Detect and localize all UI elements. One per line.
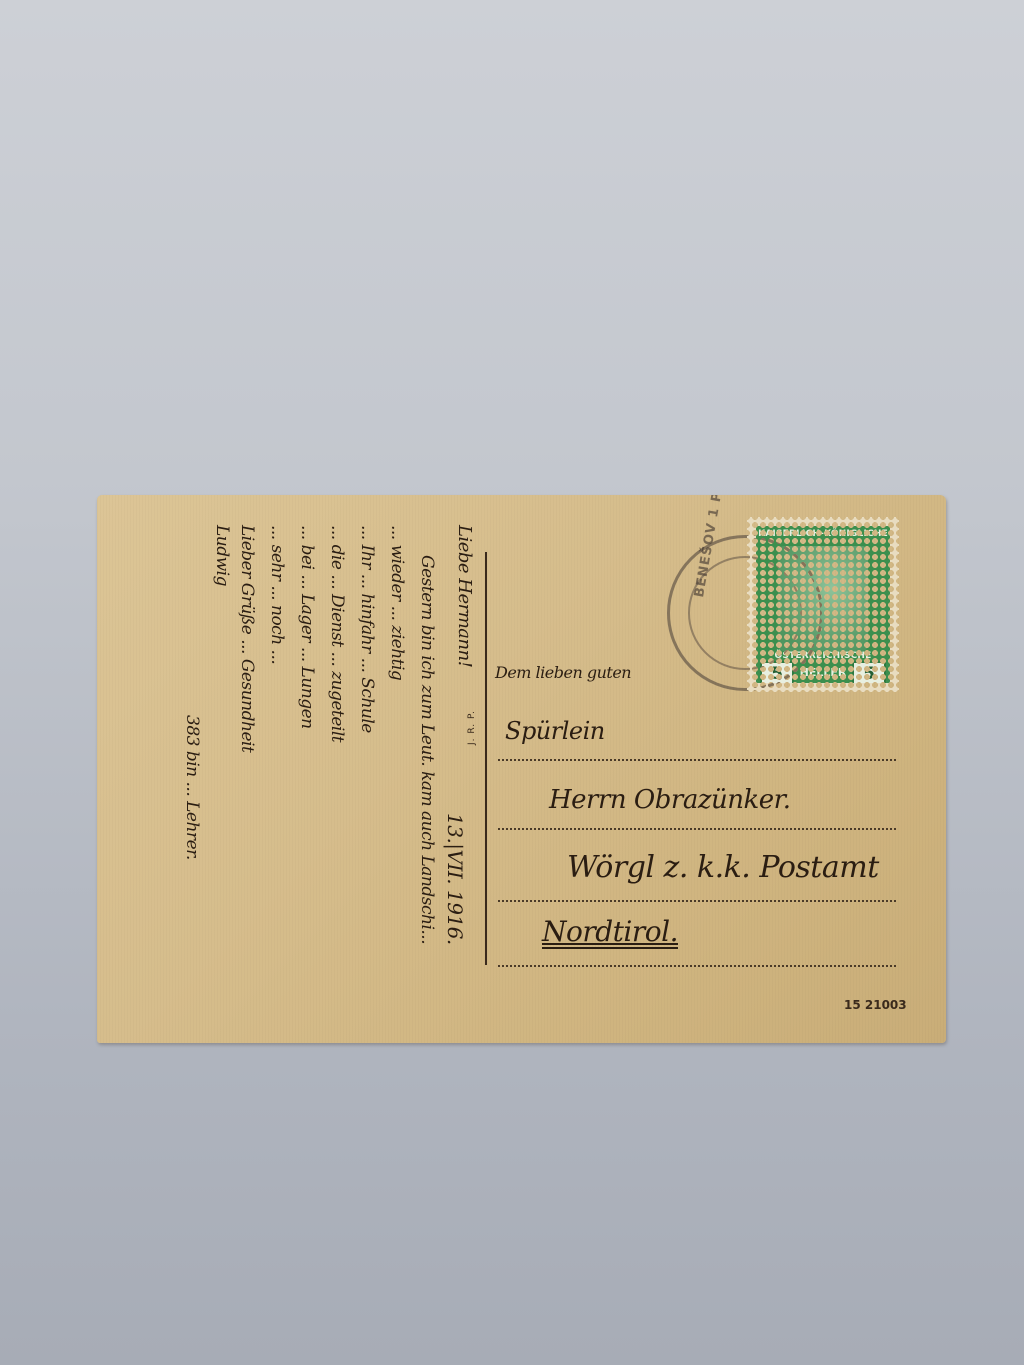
address-line-1: Spürlein [505,717,605,745]
message-line: ... die ... Dienst ... zugeteilt [327,525,347,742]
stamp-value-right: 5 [852,661,886,683]
address-dotted-line [498,965,896,967]
message-line: Ludwig [212,525,232,586]
emperor-portrait-icon [778,546,868,651]
postage-stamp: KAISERLICH-KÖNIGLICHE K.K.Ö. POST ÖSTERR… [747,517,899,692]
stamp-design: KAISERLICH-KÖNIGLICHE K.K.Ö. POST ÖSTERR… [756,526,890,683]
message-line: ... bei ... Lager ... Lungen [297,525,317,729]
postcard: Liebe Hermann! Gestern bin ich zum Leut.… [97,495,946,1043]
date-written: 13.|VII. 1916. [443,813,467,945]
publisher-mark: J. R. P. [467,710,477,745]
address-line-2: Herrn Obrazünker. [549,785,790,815]
message-line: Gestern bin ich zum Leut. kam auch Lands… [417,555,437,944]
address-line-4: Nordtirol. [542,915,678,948]
center-divider [485,552,487,965]
postmark-text: BENEŠOV 1 PRAHY [692,495,733,599]
message-line: 383 bin ... Lehrer. [182,715,202,860]
address-salutation: Dem lieben guten [495,663,631,682]
stamp-top-text: KAISERLICH-KÖNIGLICHE [756,529,890,539]
message-line: ... wieder ... ziehtig [387,525,407,680]
serial-number: 15 21003 [844,998,907,1012]
message-line: ... Ihr ... hinfahr ... Schule [357,525,377,733]
message-line: Lieber Grüße ... Gesundheit [237,525,257,752]
stamp-bottom-text: ÖSTERREICHISCHE [756,651,890,661]
message-greeting: Liebe Hermann! [454,525,475,667]
address-dotted-line [498,759,896,761]
address-line-3: Wörgl z. k.k. Postamt [567,850,879,885]
address-dotted-line [498,900,896,902]
message-line: ... sehr ... noch ... [267,525,287,664]
address-dotted-line [498,828,896,830]
